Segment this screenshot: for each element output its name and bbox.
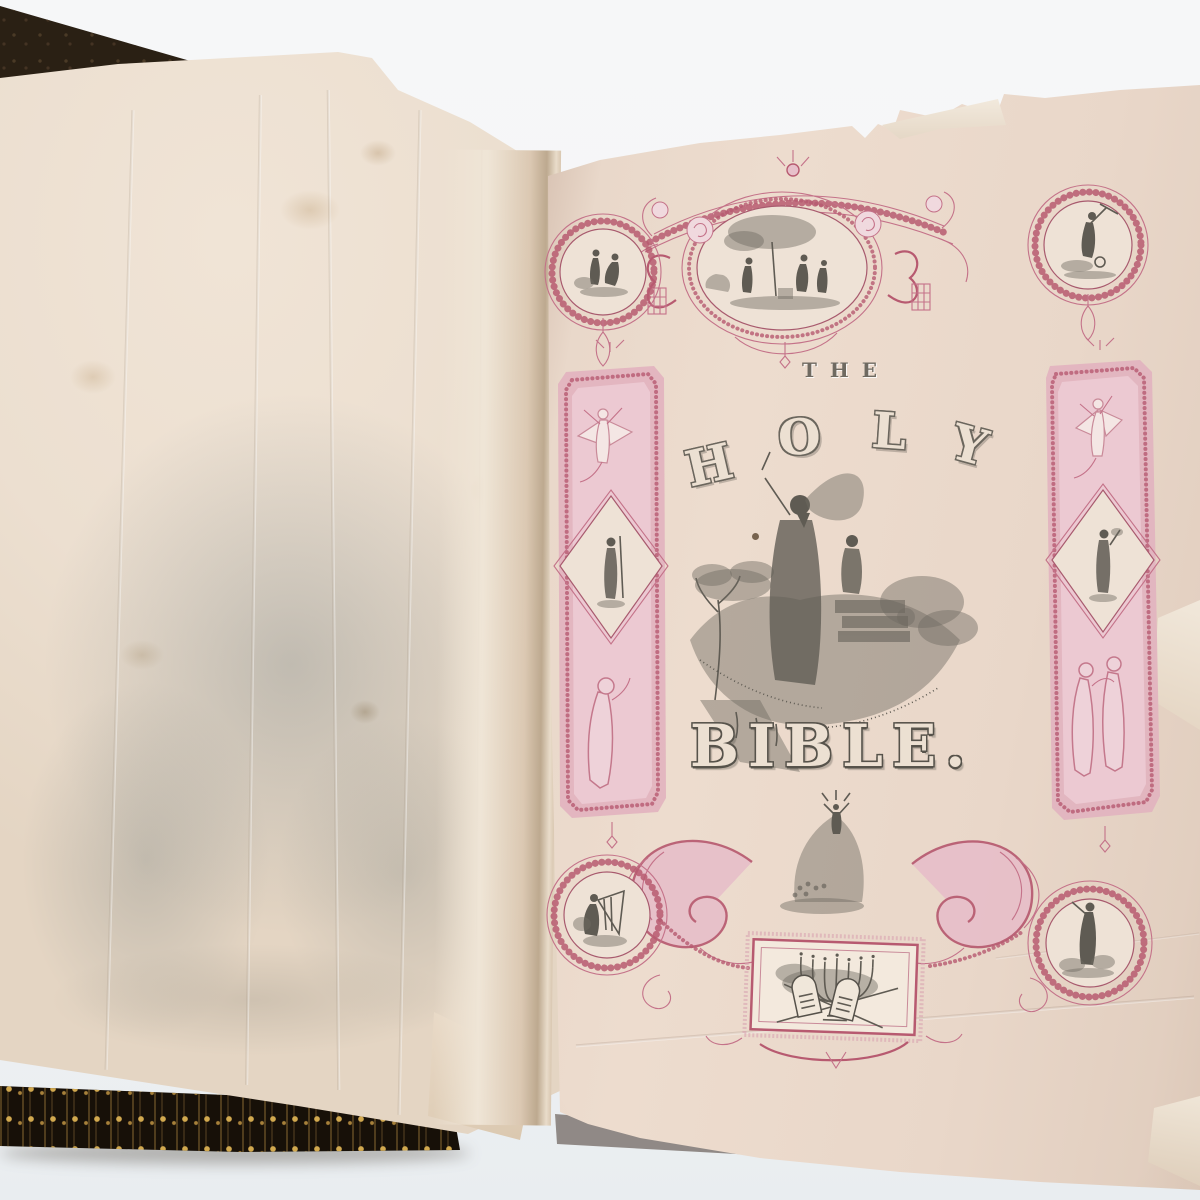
- title-word-the: THE: [802, 358, 890, 382]
- right-ornament-column: [1046, 338, 1160, 852]
- left-ornament-column: [554, 340, 668, 848]
- prophet-with-lions-medallion: [1028, 881, 1152, 1005]
- title-page-ornaments: [0, 0, 1200, 1200]
- scroll-flourish-right: [898, 842, 1047, 1012]
- menorah-and-tablets-panel: [744, 933, 923, 1041]
- rebekah-at-the-well-vignette: [648, 192, 930, 368]
- title-letter-o: O: [776, 407, 823, 468]
- moses-on-sinai-vignette: [780, 790, 864, 914]
- title-word-bible: BIBLE.: [690, 712, 974, 780]
- david-and-goliath-medallion: [1028, 185, 1148, 340]
- title-letter-l: L: [870, 401, 908, 461]
- bathers-by-water-medallion: [545, 214, 661, 366]
